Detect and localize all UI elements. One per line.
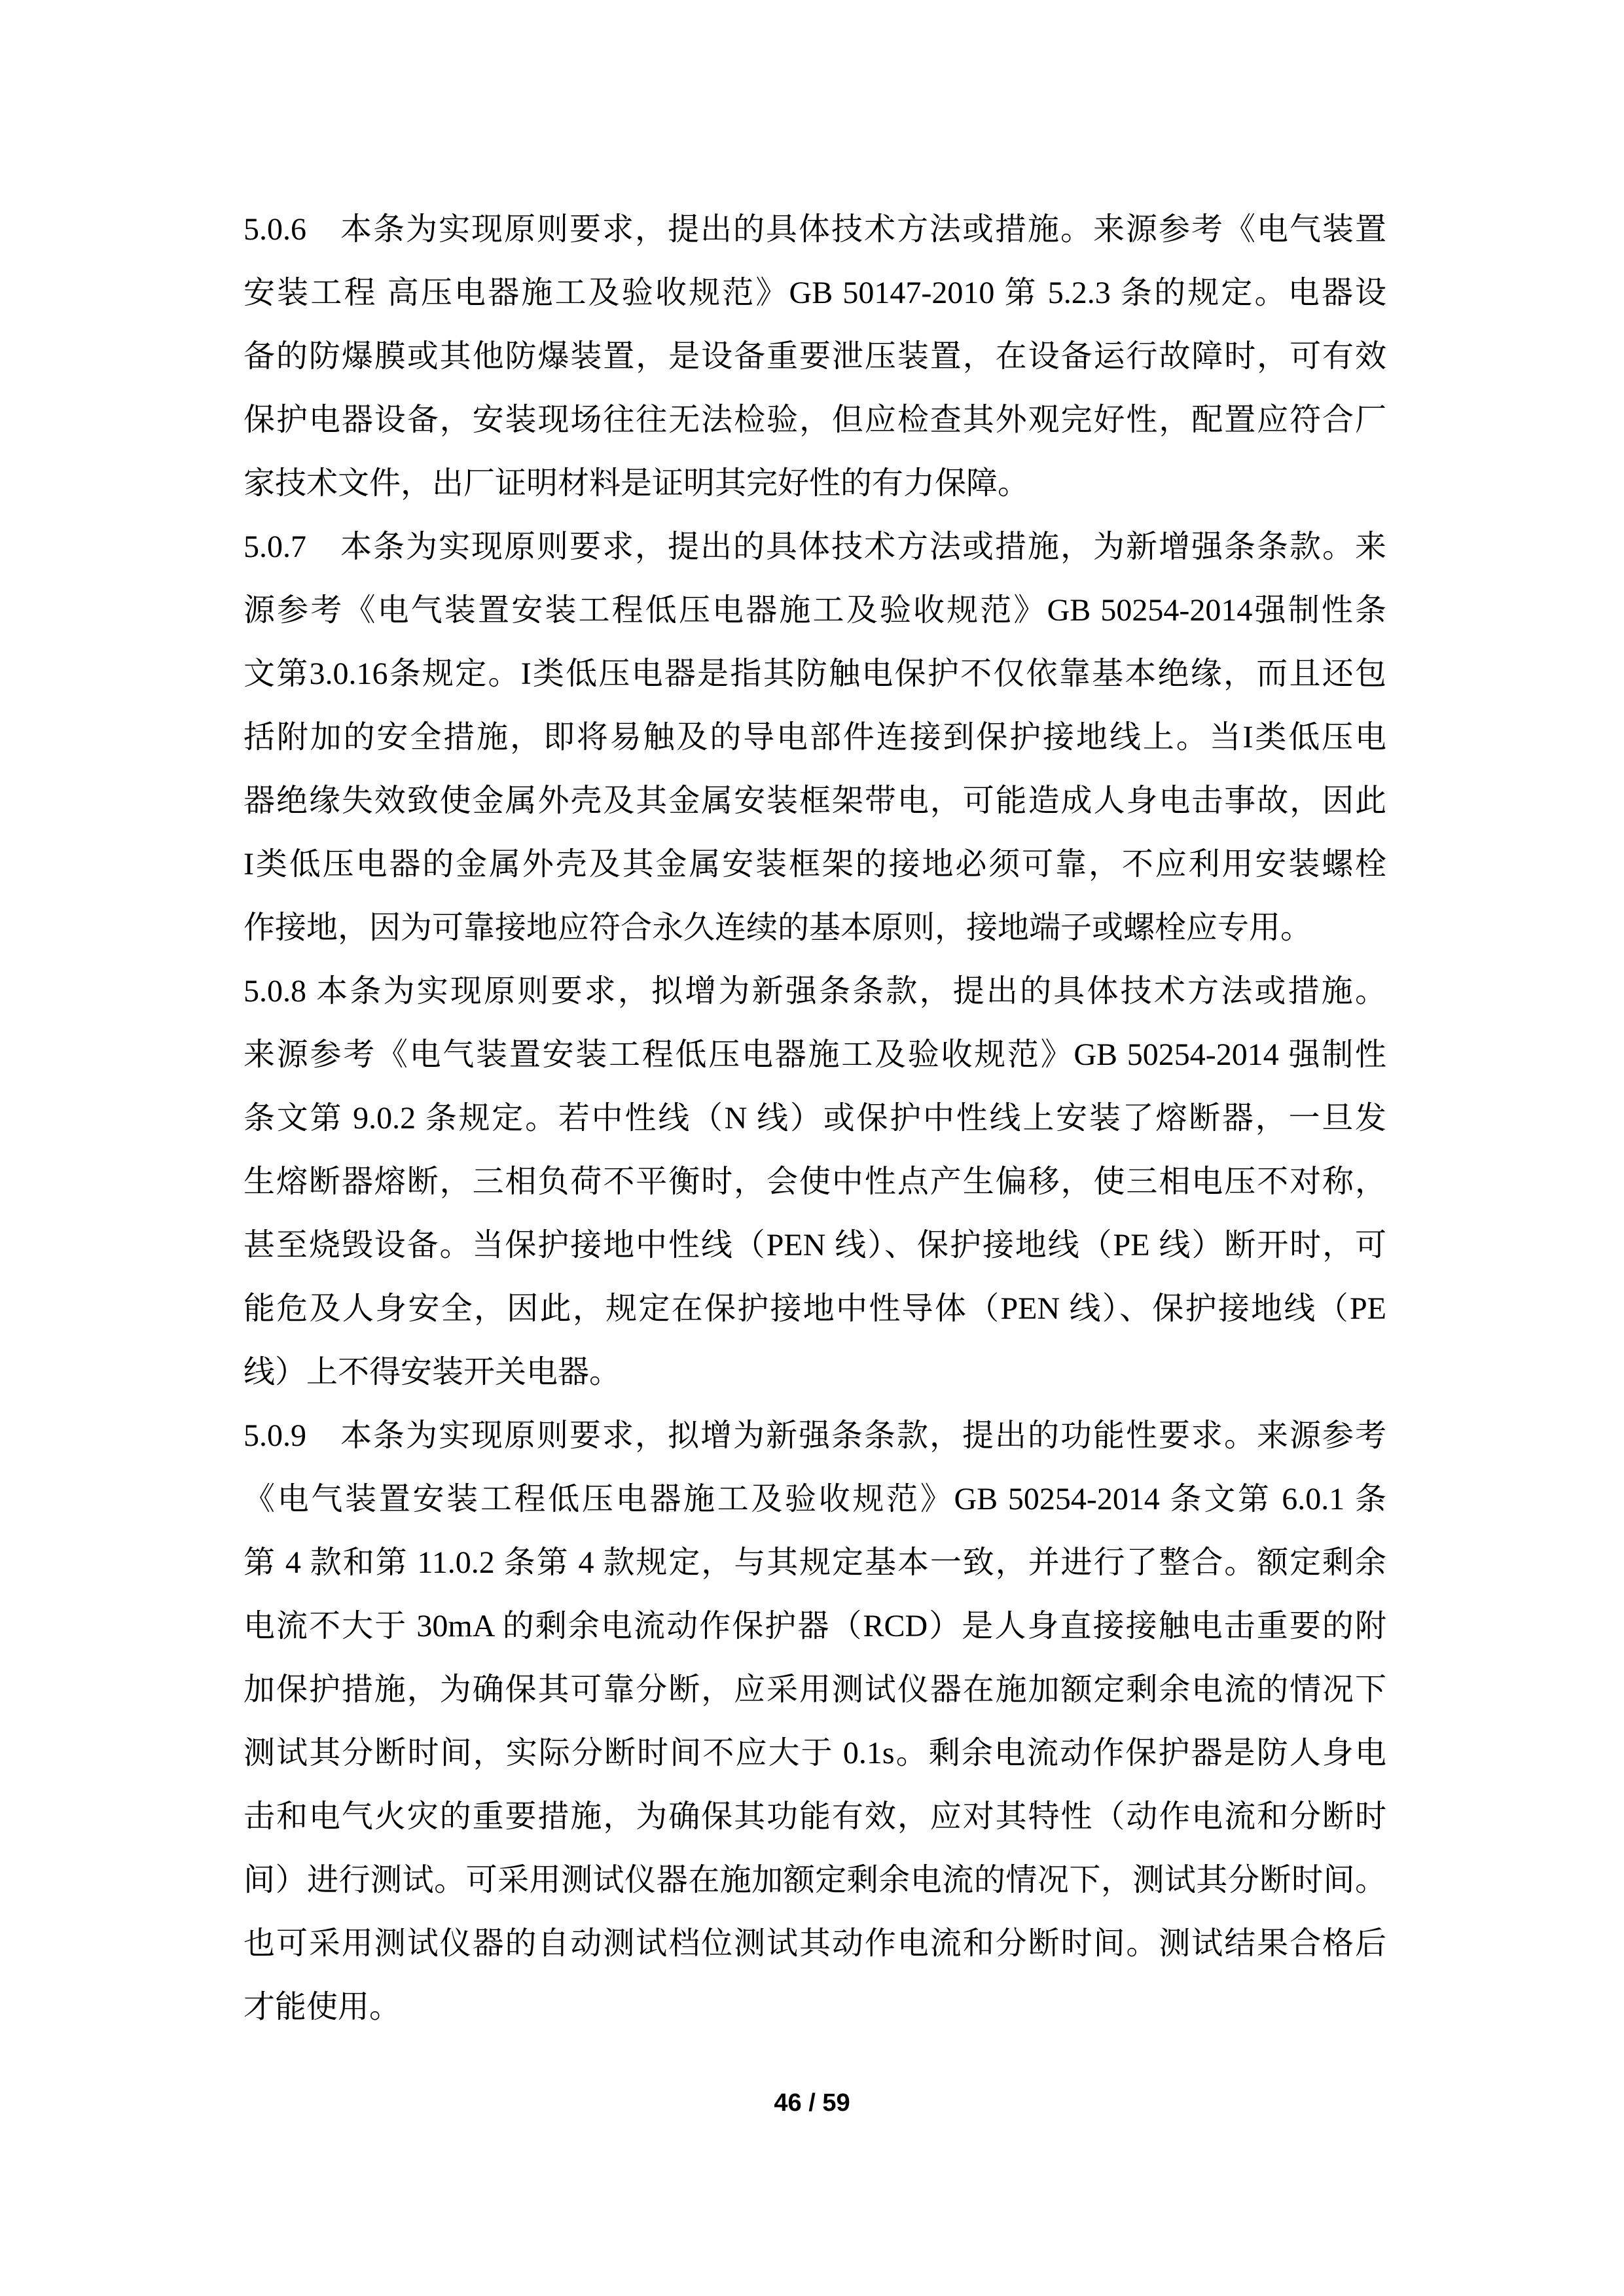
text-line: 括附加的安全措施，即将易触及的导电部件连接到保护接地线上。当I类低压电 (244, 706, 1386, 769)
page-footer: 46 / 59 (0, 2089, 1624, 2117)
paragraph-5-0-6: 5.0.6 本条为实现原则要求，提出的具体技术方法或措施。来源参考《电气装置安装… (244, 198, 1386, 515)
text-line: 备的防爆膜或其他防爆装置，是设备重要泄压装置，在设备运行故障时，可有效 (244, 325, 1386, 388)
text-line: 5.0.9 本条为实现原则要求，拟增为新强条条款，提出的功能性要求。来源参考 (244, 1404, 1386, 1467)
text-line: 第 4 款和第 11.0.2 条第 4 款规定，与其规定基本一致，并进行了整合。… (244, 1531, 1386, 1594)
text-line: 作接地，因为可靠接地应符合永久连续的基本原则，接地端子或螺栓应专用。 (244, 896, 1386, 960)
text-line: 也可采用测试仪器的自动测试档位测试其动作电流和分断时间。测试结果合格后 (244, 1912, 1386, 1975)
text-line: 电流不大于 30mA 的剩余电流动作保护器（RCD）是人身直接接触电击重要的附 (244, 1594, 1386, 1658)
document-page: 5.0.6 本条为实现原则要求，提出的具体技术方法或措施。来源参考《电气装置安装… (0, 0, 1624, 2296)
text-line: 源参考《电气装置安装工程低压电器施工及验收规范》GB 50254-2014强制性… (244, 579, 1386, 642)
text-line: 能危及人身安全，因此，规定在保护接地中性导体（PEN 线）、保护接地线（PE (244, 1277, 1386, 1340)
text-line: 条文第 9.0.2 条规定。若中性线（N 线）或保护中性线上安装了熔断器，一旦发 (244, 1086, 1386, 1150)
text-line: 安装工程 高压电器施工及验收规范》GB 50147-2010 第 5.2.3 条… (244, 261, 1386, 325)
text-line: 保护电器设备，安装现场往往无法检验，但应检查其外观完好性，配置应符合厂 (244, 388, 1386, 452)
text-line: 线）上不得安装开关电器。 (244, 1340, 1386, 1404)
text-line: 击和电气火灾的重要措施，为确保其功能有效，应对其特性（动作电流和分断时 (244, 1785, 1386, 1848)
paragraph-5-0-8: 5.0.8 本条为实现原则要求，拟增为新强条条款，提出的具体技术方法或措施。来源… (244, 960, 1386, 1404)
page-number: 46 / 59 (774, 2089, 850, 2117)
text-line: 来源参考《电气装置安装工程低压电器施工及验收规范》GB 50254-2014 强… (244, 1023, 1386, 1086)
text-line: 5.0.8 本条为实现原则要求，拟增为新强条条款，提出的具体技术方法或措施。 (244, 960, 1386, 1023)
document-body: 5.0.6 本条为实现原则要求，提出的具体技术方法或措施。来源参考《电气装置安装… (244, 198, 1386, 2039)
text-line: 加保护措施，为确保其可靠分断，应采用测试仪器在施加额定剩余电流的情况下 (244, 1658, 1386, 1721)
paragraph-5-0-9: 5.0.9 本条为实现原则要求，拟增为新强条条款，提出的功能性要求。来源参考《电… (244, 1404, 1386, 2039)
paragraph-5-0-7: 5.0.7 本条为实现原则要求，提出的具体技术方法或措施，为新增强条条款。来源参… (244, 515, 1386, 960)
text-line: 文第3.0.16条规定。I类低压电器是指其防触电保护不仅依靠基本绝缘，而且还包 (244, 642, 1386, 706)
text-line: 《电气装置安装工程低压电器施工及验收规范》GB 50254-2014 条文第 6… (244, 1467, 1386, 1531)
text-line: 家技术文件，出厂证明材料是证明其完好性的有力保障。 (244, 452, 1386, 515)
text-line: 间）进行测试。可采用测试仪器在施加额定剩余电流的情况下，测试其分断时间。 (244, 1848, 1386, 1912)
text-line: 测试其分断时间，实际分断时间不应大于 0.1s。剩余电流动作保护器是防人身电 (244, 1721, 1386, 1785)
text-line: 器绝缘失效致使金属外壳及其金属安装框架带电，可能造成人身电击事故，因此 (244, 769, 1386, 833)
text-line: 5.0.7 本条为实现原则要求，提出的具体技术方法或措施，为新增强条条款。来 (244, 515, 1386, 579)
text-line: 5.0.6 本条为实现原则要求，提出的具体技术方法或措施。来源参考《电气装置 (244, 198, 1386, 261)
text-line: 甚至烧毁设备。当保护接地中性线（PEN 线）、保护接地线（PE 线）断开时，可 (244, 1213, 1386, 1277)
text-line: 才能使用。 (244, 1975, 1386, 2039)
text-line: I类低压电器的金属外壳及其金属安装框架的接地必须可靠，不应利用安装螺栓 (244, 833, 1386, 896)
text-line: 生熔断器熔断，三相负荷不平衡时，会使中性点产生偏移，使三相电压不对称， (244, 1150, 1386, 1213)
